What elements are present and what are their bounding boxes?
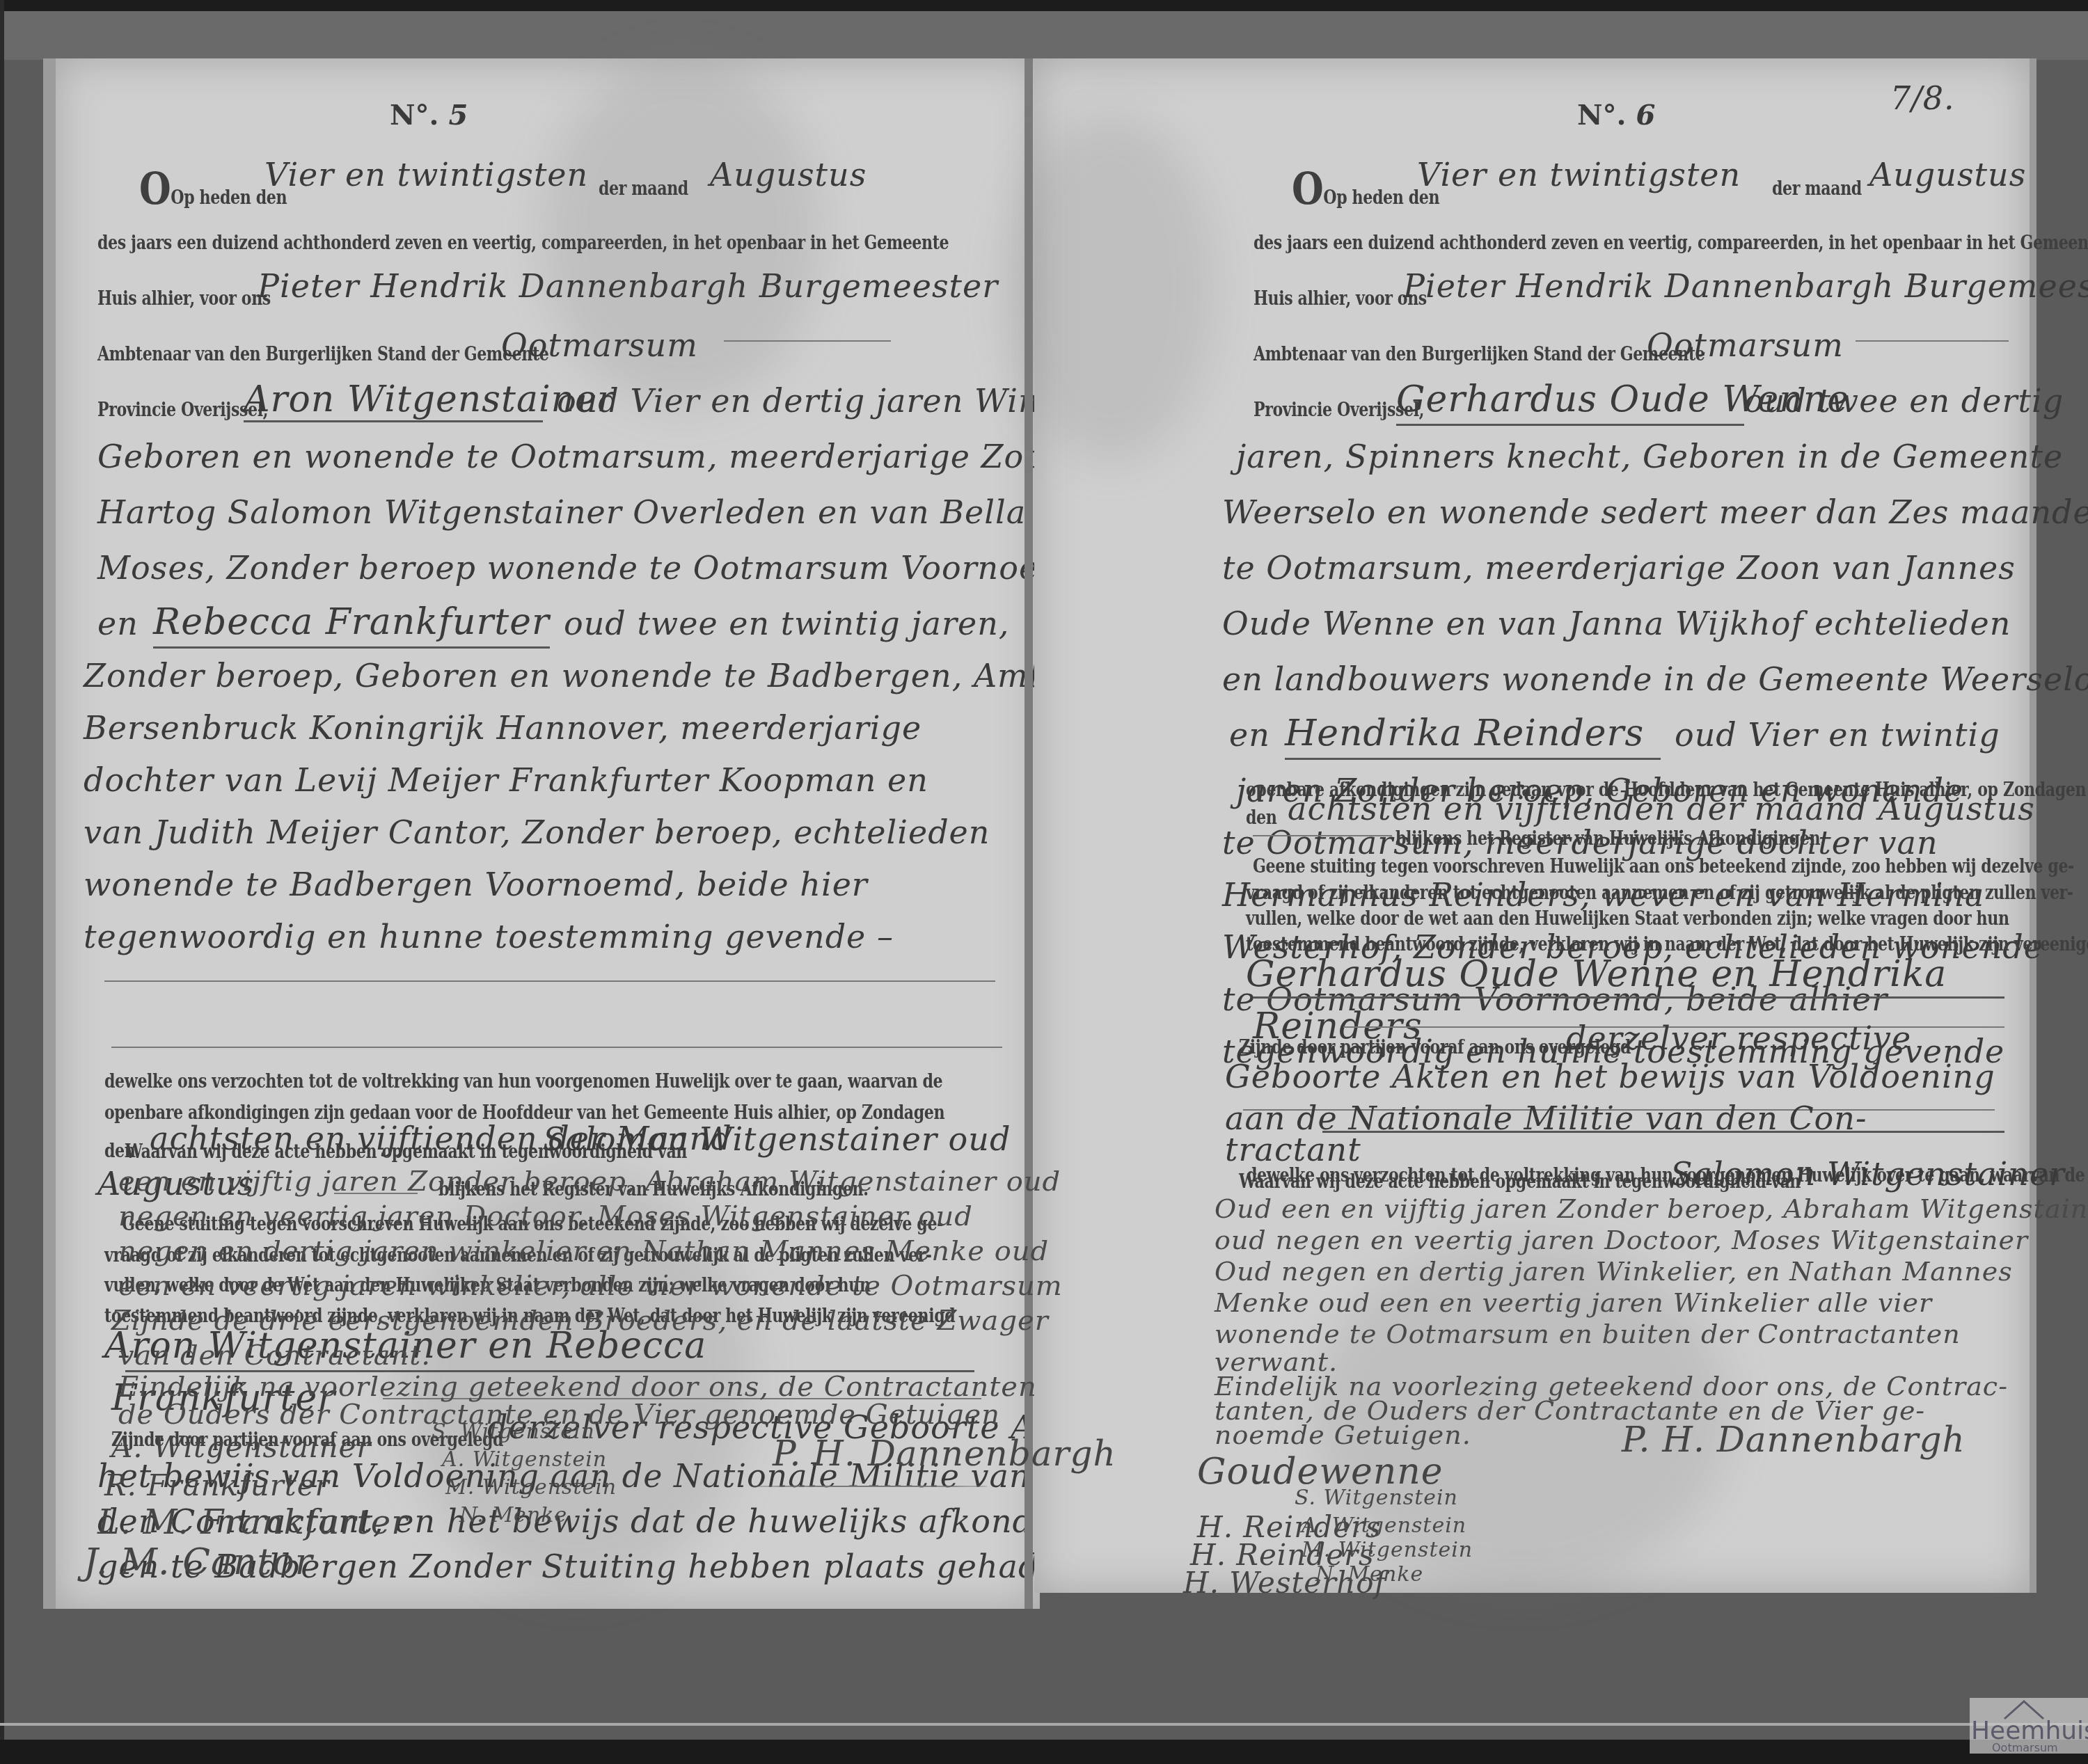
watermark-title: Heemhuis [1971,1719,2088,1744]
act-number-value: 6 [1636,99,1655,132]
official-signature: P. H. Dannenbargh [1622,1420,1966,1460]
signature: S. Witgenstein [1295,1486,1458,1510]
groom-details: oud twee en dertig [1744,382,2064,420]
month-field: Augustus [1869,156,2026,193]
act-number-value: 5 [448,99,468,132]
month-field: Augustus [710,156,867,193]
signature: J. M. Cantor [84,1541,313,1583]
bride-underline [153,646,550,649]
act-number-label: N°. [1577,99,1627,132]
bride-age: oud twee en twintig jaren, [564,605,1009,642]
signature: N. Menke [459,1503,567,1527]
divider [1253,996,2004,999]
divider [111,1047,1002,1048]
signature: N. Menke [1315,1562,1423,1587]
municipality-label: Ambtenaar van den Burgerlijken Stand der… [97,344,548,365]
municipality-name: Ootmarsum [1647,326,1844,364]
month-label: der maand [599,178,688,200]
folio-number: 7/8. [1890,79,1955,117]
municipality-label: Ambtenaar van den Burgerlijken Stand der… [1253,344,1705,365]
bride-age: oud Vier en twintig [1675,716,2000,754]
official-label: Huis alhier, voor ons [1253,288,1427,310]
groom-underline [1396,424,1744,426]
documents-first: derzelver respective [1566,1019,1911,1057]
banns-dates: achtsten en vijftienden der maand August… [1288,790,2035,827]
signature: M. Witgenstein [1302,1538,1473,1562]
bride-prefix: en [1229,716,1270,754]
act-number: N°. 5 [390,99,468,132]
scan-bottom-border [0,1740,2088,1764]
day-field: Vier en twintigsten [1417,156,1741,193]
signature: S. Witgenstein [432,1420,595,1444]
official-name: Pieter Hendrik Dannenbargh Burgemeester [1403,267,2088,305]
heemhuis-watermark: Heemhuis Ootmarsum [1970,1698,2088,1754]
witnesses-first: Salomon Witgenstainer [1670,1155,2065,1193]
signature: A. Witgenstein [1302,1513,1466,1538]
divider [1856,340,2009,342]
bride-name: Hendrika Reinders [1285,713,1644,754]
groom-underline [244,420,543,422]
province-label: Provincie Overijssel, [97,399,268,421]
divider [1322,1131,2004,1133]
bride-underline [1285,758,1661,760]
scan-left-edge [0,0,4,1764]
official-label: Huis alhier, voor ons [97,288,271,310]
signature: A. Witgenstein [442,1447,607,1472]
signature: A. Witgenstainer [111,1430,371,1464]
request-line-1: dewelke ons verzochten tot de voltrekkin… [104,1071,942,1092]
scan-bottom-line [0,1723,2088,1726]
signature-flourish [752,1486,988,1487]
official-signature: P. H. Dannenbargh [773,1433,1116,1474]
banns-register-text: blijkens het Register van Huwelijks Afko… [1395,828,1825,850]
stain [1006,114,1215,462]
watermark-subtitle: Ootmarsum [1992,1742,2058,1754]
united-couple-line-1: Gerhardus Oude Wenne en Hendrika [1246,953,1947,995]
witnesses-first: Salomon Witgenstainer oud [543,1120,1011,1158]
bride-prefix: en [97,605,139,642]
scan-background [0,11,2088,60]
year-line: des jaars een duizend achthonderd zeven … [1253,232,2088,254]
banns-label: den [1246,807,1276,829]
bride-name: Rebecca Frankfurter [153,601,550,643]
act-number: N°. 6 [1577,99,1655,132]
municipality-name: Ootmarsum [501,326,698,364]
act-number-label: N°. [390,99,439,132]
signature: M. Witgenstein [445,1475,617,1500]
month-label: der maand [1772,178,1862,200]
official-name: Pieter Hendrik Dannenbargh Burgemeester [258,267,998,305]
scan-top-border [0,0,2088,11]
signature: R. Frankfurter [104,1468,330,1502]
year-line: des jaars een duizend achthonderd zeven … [97,232,949,254]
day-field: Vier en twintigsten [264,156,588,193]
divider [724,340,891,342]
divider [1253,835,1392,836]
signature: L. M. Frankfurter [97,1503,408,1542]
divider [104,980,995,982]
